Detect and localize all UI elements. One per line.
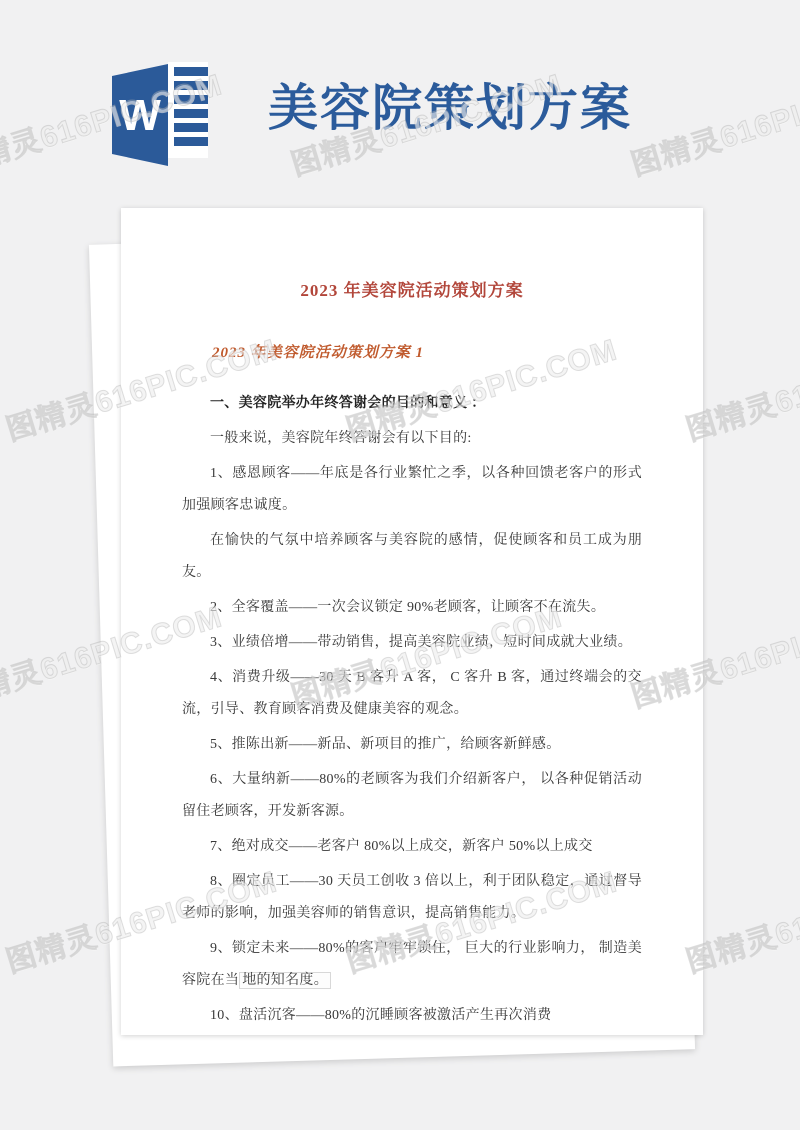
document-paragraph: 8、圈定员工——30 天员工创收 3 倍以上，利于团队稳定，通过督导老师的影响，…: [182, 866, 642, 930]
document-page: 2023 年美容院活动策划方案 2023 年美容院活动策划方案 1 一、美容院举…: [121, 208, 703, 1035]
document-paragraph: 2、全客覆盖——一次会议锁定 90%老顾客，让顾客不在流失。: [182, 592, 642, 624]
document-paragraph: 4、消费升级——30 天 B 客升 A 客， C 客升 B 客，通过终端会的交流…: [182, 662, 642, 726]
document-paragraph: 1、感恩顾客——年底是各行业繁忙之季，以各种回馈老客户的形式加强顾客忠诚度。: [182, 458, 642, 522]
banner-title: 美容院策划方案: [268, 80, 668, 140]
document-paragraph: 10、盘活沉客——80%的沉睡顾客被激活产生再次消费: [182, 1000, 642, 1032]
document-title: 2023 年美容院活动策划方案: [182, 278, 642, 304]
banner: W 美容院策划方案: [0, 0, 800, 208]
document-paragraph: 7、绝对成交——老客户 80%以上成交，新客户 50%以上成交: [182, 831, 642, 863]
word-icon-letter: W: [119, 91, 161, 140]
document-paragraph: 一、美容院举办年终答谢会的目的和意义 ：: [182, 388, 642, 420]
document-paragraph: 5、推陈出新——新品、新项目的推广，给顾客新鲜感。: [182, 729, 642, 761]
document-paragraph: 3、业绩倍增——带动销售，提高美容院业绩，短时间成就大业绩。: [182, 627, 642, 659]
word-icon: W: [112, 62, 208, 168]
document-paragraph: 一般来说，美容院年终答谢会有以下目的:: [182, 423, 642, 455]
preview-canvas: W 美容院策划方案 2023 年美容院活动策划方案 2023 年美容院活动策划方…: [0, 0, 800, 1130]
boxed-text: 地的知名度。: [239, 972, 331, 989]
document-paragraph: 在愉快的气氛中培养顾客与美容院的感情，促使顾客和员工成为朋友。: [182, 525, 642, 589]
document-paragraph: 9、锁定未来——80%的客户牢牢锁住， 巨大的行业影响力， 制造美容院在当地的知…: [182, 933, 642, 997]
document-paragraph: 6、大量纳新——80%的老顾客为我们介绍新客户， 以各种促销活动留住老顾客，开发…: [182, 764, 642, 828]
document-body: 一、美容院举办年终答谢会的目的和意义 ：一般来说，美容院年终答谢会有以下目的:1…: [182, 388, 642, 1032]
section-heading: 2023 年美容院活动策划方案 1: [182, 342, 642, 364]
